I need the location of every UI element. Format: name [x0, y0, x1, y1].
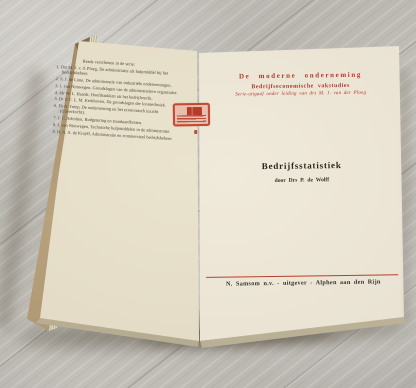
publisher-rule — [206, 274, 398, 278]
publisher-line: N. Samsom n.v. - uitgever - Alphen aan d… — [202, 278, 404, 288]
author-line: door Drs P. de Wolff — [201, 176, 403, 185]
book-photo-scene: Reeds verschenen in de serie: 1. Drs M. … — [0, 0, 416, 388]
series-editor-line: Serie-uitgaaf onder leiding van drs M. J… — [200, 90, 402, 98]
series-subtitle: Bedrijfseconomische vakstudies — [200, 82, 402, 91]
stamp-text-lines — [177, 115, 206, 123]
series-list-entries: 1. Drs M. J. v. d. Ploeg, De administrat… — [52, 64, 182, 141]
series-title: De moderne onderneming — [199, 70, 401, 81]
stamp-mark-icon — [194, 130, 197, 134]
series-list: Reeds verschenen in de serie: 1. Drs M. … — [52, 57, 182, 143]
publisher-stamp-icon — [173, 103, 210, 127]
book-title: Bedrijfsstatistiek — [201, 159, 403, 172]
title-page-content: De moderne onderneming Bedrijfseconomisc… — [199, 43, 405, 346]
